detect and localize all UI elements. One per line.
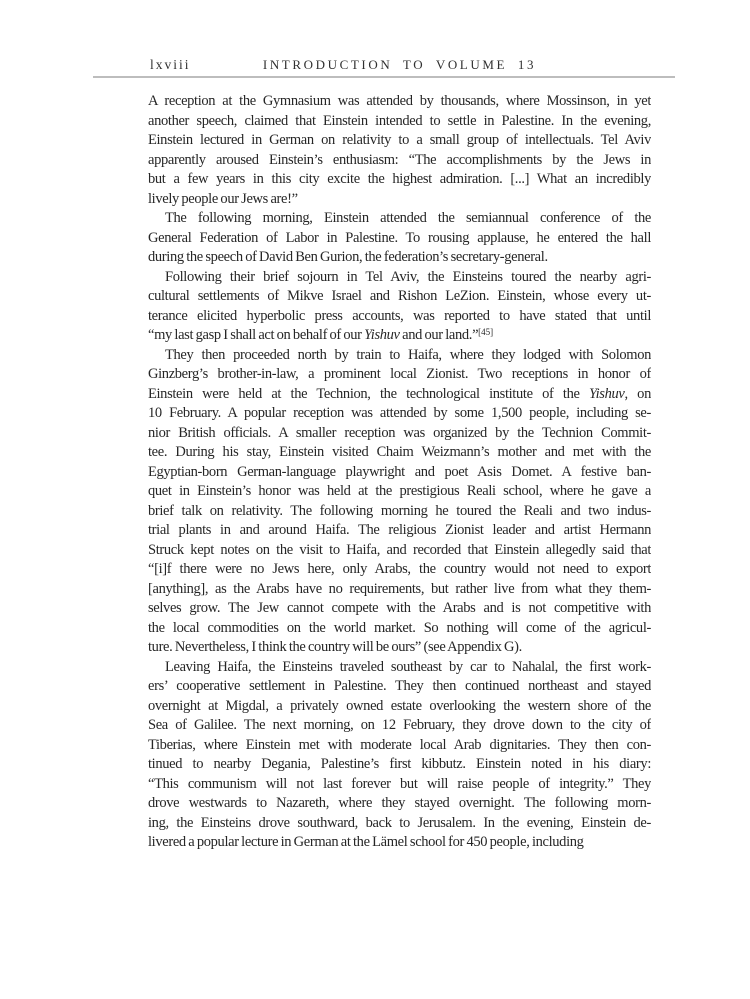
text-line: Ginzberg’s brother-in-law, a prominent l… [148, 365, 651, 385]
text-line: lively people our Jews are!” [148, 190, 651, 210]
text-line: brief talk on relativity. The following … [148, 502, 651, 522]
text-line: quet in Einstein’s honor was held at the… [148, 482, 651, 502]
text-segment: General Federation of Labor in Palestine… [148, 230, 651, 246]
text-segment: They then proceeded north by train to Ha… [165, 347, 651, 363]
paragraph: They then proceeded north by train to Ha… [148, 346, 651, 658]
text-line: Struck kept notes on the visit to Haifa,… [148, 541, 651, 561]
text-line: another speech, claimed that Einstein in… [148, 112, 651, 132]
paragraph: The following morning, Einstein attended… [148, 209, 651, 268]
text-line: Following their brief sojourn in Tel Avi… [148, 268, 651, 288]
paragraph: Leaving Haifa, the Einsteins traveled so… [148, 658, 651, 853]
text-segment: Following their brief sojourn in Tel Avi… [165, 269, 651, 285]
text-line: trial plants in and around Haifa. The re… [148, 521, 651, 541]
text-block: A reception at the Gymnasium was attende… [148, 92, 651, 853]
text-line: “This communism will not last forever bu… [148, 775, 651, 795]
text-segment: The following morning, Einstein attended… [165, 210, 651, 226]
header-rule [93, 76, 675, 78]
text-line: during the speech of David Ben Gurion, t… [148, 248, 651, 268]
text-line: General Federation of Labor in Palestine… [148, 229, 651, 249]
text-line: overnight at Migdal, a privately owned e… [148, 697, 651, 717]
text-segment: Einstein lectured in German on relativit… [148, 132, 651, 148]
text-segment: and our land.” [400, 327, 479, 343]
text-line: cultural settlements of Mikve Israel and… [148, 287, 651, 307]
text-line: Sea of Galilee. The next morning, on 12 … [148, 716, 651, 736]
italic-term: Yishuv [589, 386, 625, 402]
text-line: Tiberias, where Einstein met with modera… [148, 736, 651, 756]
text-line: tee. During his stay, Einstein visited C… [148, 443, 651, 463]
text-segment: selves grow. The Jew cannot compete with… [148, 600, 651, 616]
footnote-reference: [45] [478, 327, 493, 337]
text-segment: nior British officials. A smaller recept… [148, 425, 651, 441]
text-segment: [anything], as the Arabs have no require… [148, 581, 651, 597]
text-segment: “my last gasp I shall act on behalf of o… [148, 327, 364, 343]
text-segment: A reception at the Gymnasium was attende… [148, 93, 651, 109]
text-segment: terance elicited hyperbolic press accoun… [148, 308, 651, 324]
text-segment: brief talk on relativity. The following … [148, 503, 651, 519]
text-line: but a few years in this city excite the … [148, 170, 651, 190]
text-segment: the local commodities on the world marke… [148, 620, 651, 636]
text-line: “my last gasp I shall act on behalf of o… [148, 326, 651, 346]
text-segment: tinued to nearby Degania, Palestine’s fi… [148, 756, 651, 772]
text-line: ers’ cooperative settlement in Palestine… [148, 677, 651, 697]
text-segment: drove westwards to Nazareth, where they … [148, 795, 651, 811]
text-segment: another speech, claimed that Einstein in… [148, 113, 651, 129]
text-segment: cultural settlements of Mikve Israel and… [148, 288, 651, 304]
text-line: drove westwards to Nazareth, where they … [148, 794, 651, 814]
text-segment: trial plants in and around Haifa. The re… [148, 522, 651, 538]
italic-term: Yishuv [364, 327, 400, 343]
text-line: The following morning, Einstein attended… [148, 209, 651, 229]
text-segment: Sea of Galilee. The next morning, on 12 … [148, 717, 651, 733]
text-segment: quet in Einstein’s honor was held at the… [148, 483, 651, 499]
text-segment: livered a popular lecture in German at t… [148, 834, 584, 850]
text-segment: during the speech of David Ben Gurion, t… [148, 249, 548, 265]
text-segment: overnight at Migdal, a privately owned e… [148, 698, 651, 714]
text-line: [anything], as the Arabs have no require… [148, 580, 651, 600]
text-line: 10 February. A popular reception was att… [148, 404, 651, 424]
text-line: Leaving Haifa, the Einsteins traveled so… [148, 658, 651, 678]
text-segment: but a few years in this city excite the … [148, 171, 651, 187]
text-line: livered a popular lecture in German at t… [148, 833, 651, 853]
text-segment: Egyptian-born German-language playwright… [148, 464, 651, 480]
text-segment: “[i]f there were no Jews here, only Arab… [148, 561, 651, 577]
text-line: Einstein lectured in German on relativit… [148, 131, 651, 151]
text-line: the local commodities on the world marke… [148, 619, 651, 639]
text-segment: tee. During his stay, Einstein visited C… [148, 444, 651, 460]
text-segment: Einstein were held at the Technion, the … [148, 386, 589, 402]
text-segment: Struck kept notes on the visit to Haifa,… [148, 542, 651, 558]
text-segment: apparently aroused Einstein’s enthusiasm… [148, 152, 651, 168]
text-segment: “This communism will not last forever bu… [148, 776, 651, 792]
text-line: ture. Nevertheless, I think the country … [148, 638, 651, 658]
text-segment: Leaving Haifa, the Einsteins traveled so… [165, 659, 651, 675]
text-line: nior British officials. A smaller recept… [148, 424, 651, 444]
text-segment: ing, the Einsteins drove southward, back… [148, 815, 651, 831]
text-line: Einstein were held at the Technion, the … [148, 385, 651, 405]
paragraph: A reception at the Gymnasium was attende… [148, 92, 651, 209]
text-line: terance elicited hyperbolic press accoun… [148, 307, 651, 327]
paragraph: Following their brief sojourn in Tel Avi… [148, 268, 651, 346]
book-page: lxviii INTRODUCTION TO VOLUME 13 A recep… [0, 0, 750, 999]
text-segment: lively people our Jews are!” [148, 191, 298, 207]
text-segment: ture. Nevertheless, I think the country … [148, 639, 522, 655]
running-head: INTRODUCTION TO VOLUME 13 [148, 57, 651, 73]
text-line: Egyptian-born German-language playwright… [148, 463, 651, 483]
text-segment: Ginzberg’s brother-in-law, a prominent l… [148, 366, 651, 382]
text-line: A reception at the Gymnasium was attende… [148, 92, 651, 112]
text-line: tinued to nearby Degania, Palestine’s fi… [148, 755, 651, 775]
text-segment: ers’ cooperative settlement in Palestine… [148, 678, 651, 694]
text-segment: 10 February. A popular reception was att… [148, 405, 651, 421]
text-segment: Tiberias, where Einstein met with modera… [148, 737, 651, 753]
text-segment: , on [624, 386, 651, 402]
text-line: “[i]f there were no Jews here, only Arab… [148, 560, 651, 580]
text-line: apparently aroused Einstein’s enthusiasm… [148, 151, 651, 171]
text-line: ing, the Einsteins drove southward, back… [148, 814, 651, 834]
text-line: They then proceeded north by train to Ha… [148, 346, 651, 366]
text-line: selves grow. The Jew cannot compete with… [148, 599, 651, 619]
